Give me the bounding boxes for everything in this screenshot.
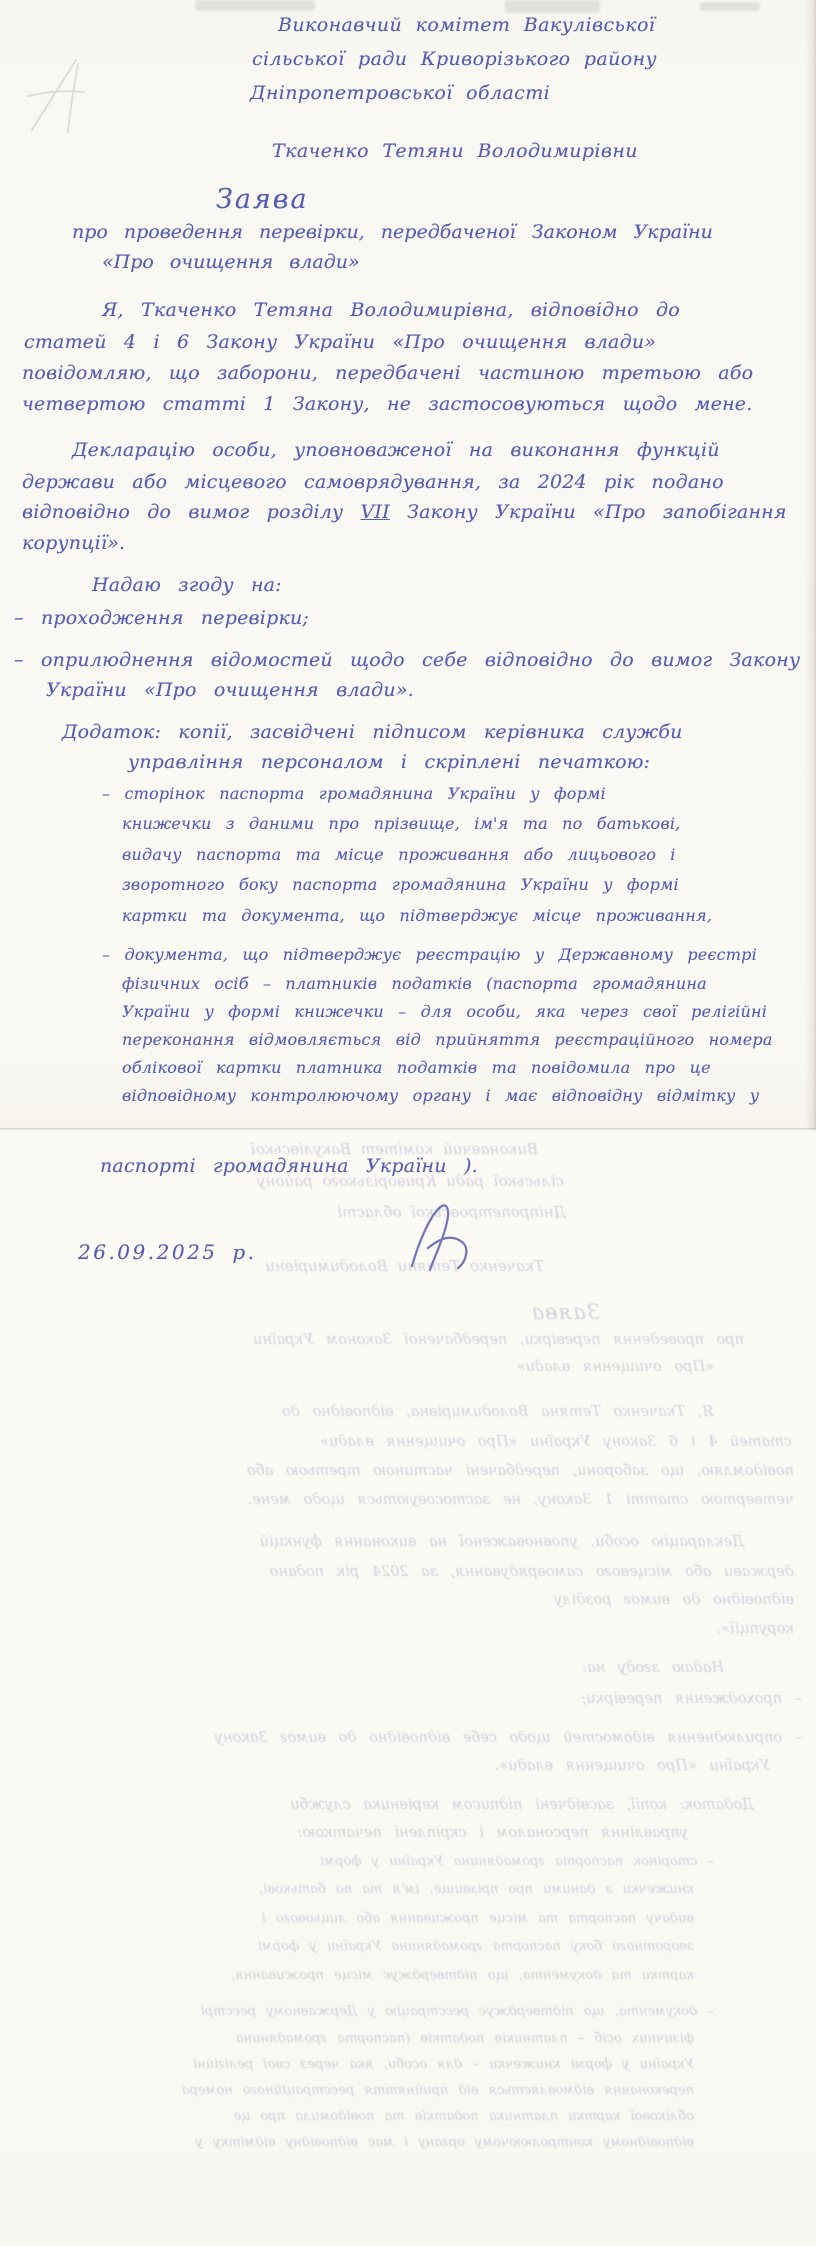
body-text: Закону України «Про запобігання xyxy=(390,501,787,523)
attachment-line: картки та документа, що підтверджує місц… xyxy=(122,906,712,925)
attachment-line: відповідному контролюючому органу і має … xyxy=(122,1086,759,1105)
attachment-line: книжечки з даними про прізвище, ім'я та … xyxy=(122,814,680,833)
subtitle-line-1: про проведення перевірки, передбаченої З… xyxy=(72,221,713,243)
addressee-line-2: сільської ради Криворізького району xyxy=(252,48,657,70)
page-divider xyxy=(0,1128,816,1131)
scan-page-2 xyxy=(0,1130,816,2246)
document-title: Заява xyxy=(216,184,309,215)
body-text: відповідно до вимог розділу xyxy=(22,501,361,523)
addressee-line-3: Дніпропетровської області xyxy=(250,82,550,104)
body-line: Декларацію особи, уповноваженої на викон… xyxy=(72,439,720,461)
continuation-line: паспорті громадянина України ). xyxy=(100,1155,478,1177)
consent-intro: Надаю згоду на: xyxy=(92,574,282,596)
section-number-underlined: VII xyxy=(361,501,390,523)
attachment-line: облікової картки платника податків та по… xyxy=(122,1058,711,1077)
date-line: 26.09.2025 р. xyxy=(78,1240,257,1264)
scan-smudge xyxy=(195,0,315,11)
scan-smudge xyxy=(505,0,600,13)
attachment-line: фізичних осіб – платників податків (пасп… xyxy=(122,974,707,993)
attachment-line: України у формі книжечки – для особи, як… xyxy=(122,1002,767,1021)
body-line: статей 4 і 6 Закону України «Про очищенн… xyxy=(24,331,656,353)
scan-smudge xyxy=(700,2,760,11)
attachment-intro: Додаток: копії, засвідчені підписом кері… xyxy=(62,721,683,743)
consent-item: – проходження перевірки; xyxy=(14,607,309,629)
addressee-line-1: Виконавчий комітет Вакулівської xyxy=(278,14,655,36)
attachment-intro: управління персоналом і скріплені печатк… xyxy=(128,751,650,773)
attachment-line: видачу паспорта та місце проживання або … xyxy=(122,845,676,864)
attachment-line: – сторінок паспорта громадянина України … xyxy=(102,784,606,803)
paper-edge-shadow xyxy=(804,0,816,1130)
body-line: відповідно до вимог розділу VII Закону У… xyxy=(22,501,787,523)
attachment-line: зворотного боку паспорта громадянина Укр… xyxy=(122,875,679,894)
body-line: держави або місцевого самоврядування, за… xyxy=(22,471,724,493)
pencil-mark xyxy=(18,52,98,142)
signature-mark xyxy=(400,1200,485,1280)
applicant-name: Ткаченко Тетяни Володимирівни xyxy=(272,140,638,162)
consent-item: України «Про очищення влади». xyxy=(46,679,414,701)
subtitle-line-2: «Про очищення влади» xyxy=(102,251,360,273)
attachment-line: переконання відмовляється від прийняття … xyxy=(122,1030,773,1049)
body-line: Я, Ткаченко Тетяна Володимирівна, відпов… xyxy=(102,299,680,321)
body-line: корупції». xyxy=(22,532,125,554)
scanned-document: { "ink_color": "#565cb0", "paper_color":… xyxy=(0,0,816,2246)
attachment-line: – документа, що підтверджує реєстрацію у… xyxy=(102,945,757,964)
consent-item: – оприлюднення відомостей щодо себе відп… xyxy=(14,649,800,671)
body-line: повідомляю, що заборони, передбачені час… xyxy=(22,362,753,384)
body-line: четвертою статті 1 Закону, не застосовую… xyxy=(22,393,752,415)
